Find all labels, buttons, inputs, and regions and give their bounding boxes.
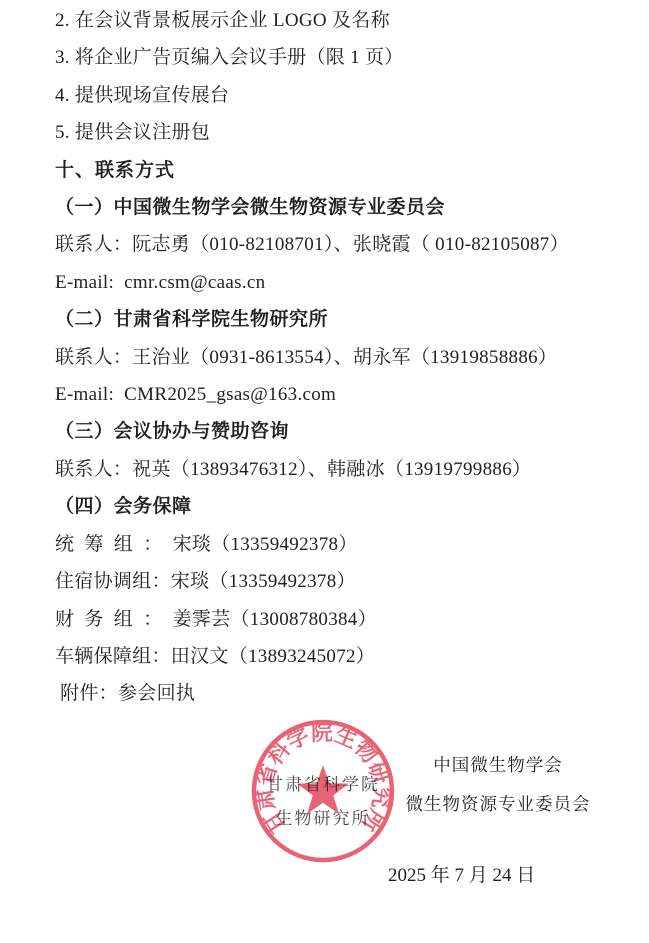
signing-organization: 中国微生物学会 微生物资源专业委员会 [398,746,598,824]
list-item: 3. 将企业广告页编入会议手册（限 1 页） [55,39,609,76]
team-line: 统 筹 组 ： 宋琰（13359492378） [55,526,609,563]
team-line: 车辆保障组：田汉文（13893245072） [55,638,609,675]
subsection-title: （二）甘肃省科学院生物研究所 [55,301,609,338]
org-name-line: 中国微生物学会 [398,746,598,785]
document-page: 2. 在会议背景板展示企业 LOGO 及名称 3. 将企业广告页编入会议手册（限… [0,0,649,943]
section-heading-contact: 十、联系方式 [55,152,609,189]
list-item: 5. 提供会议注册包 [55,114,609,151]
org-name-line: 微生物资源专业委员会 [398,785,598,824]
subsection-title: （三）会议协办与赞助咨询 [55,413,609,450]
signature-block: 甘肃省科学院 生物研究所 甘肃省科学院生物研究所 中国微生物学会 微生物资源专业… [0,713,649,941]
email-line: E-mail: cmr.csm@caas.cn [55,264,609,301]
email-line: E-mail: CMR2025_gsas@163.com [55,376,609,413]
contact-line: 联系人：祝英（13893476312）、韩融冰（13919799886） [55,451,609,488]
contact-line: 联系人：王治业（0931-8613554）、胡永军（13919858886） [55,339,609,376]
team-line: 住宿协调组：宋琰（13359492378） [55,563,609,600]
document-content: 2. 在会议背景板展示企业 LOGO 及名称 3. 将企业广告页编入会议手册（限… [0,0,649,713]
attachment-note: 附件：参会回执 [55,675,609,712]
official-seal-stamp: 甘肃省科学院生物研究所 [248,716,398,866]
contact-line: 联系人：阮志勇（010-82108701）、张晓霞（ 010-82105087） [55,226,609,263]
list-item: 2. 在会议背景板展示企业 LOGO 及名称 [55,2,609,39]
signature-date: 2025 年 7 月 24 日 [388,864,535,888]
subsection-title: （一）中国微生物学会微生物资源专业委员会 [55,189,609,226]
subsection-title: （四）会务保障 [55,488,609,525]
star-icon [297,765,348,814]
list-item: 4. 提供现场宣传展台 [55,77,609,114]
team-line: 财 务 组 ： 姜霁芸（13008780384） [55,601,609,638]
